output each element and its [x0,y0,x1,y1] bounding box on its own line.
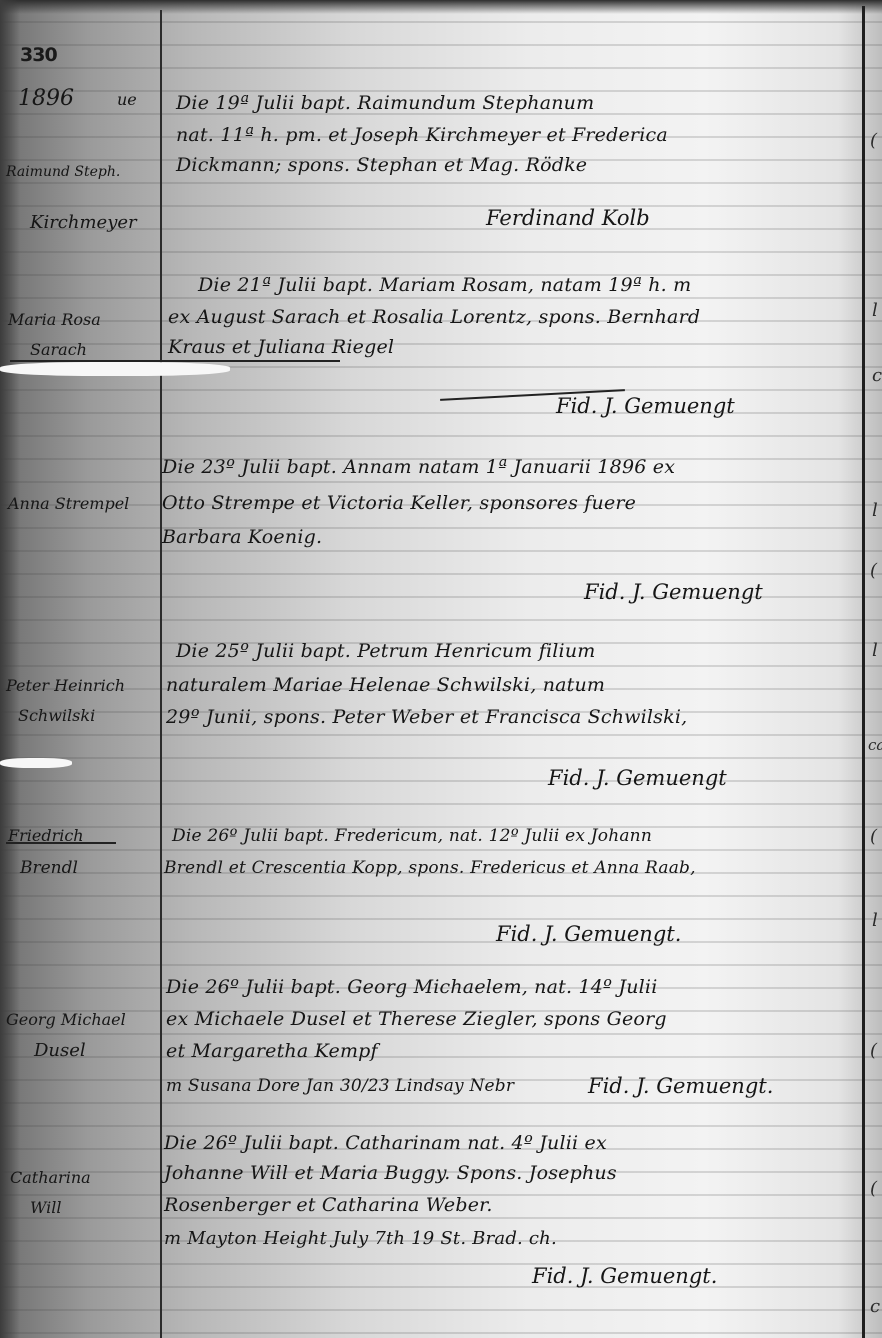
later-annotation: m Mayton Height July 7th 19 St. Brad. ch… [164,1228,557,1249]
edge-mark: ( [870,1040,877,1061]
margin-name: Will [30,1198,62,1217]
paper-tear [0,362,230,376]
priest-signature: Fid. J. Gemuengt [584,580,763,604]
edge-mark: ca [868,736,882,754]
entry-line: Dickmann; spons. Stephan et Mag. Rödke [176,154,587,176]
margin-name: Catharina [10,1168,91,1187]
margin-name: Schwilski [18,706,95,725]
margin-rule [160,10,162,1338]
priest-signature: Fid. J. Gemuengt [556,394,735,418]
entry-line: naturalem Mariae Helenae Schwilski, natu… [166,674,605,696]
scan-binding-shadow [0,0,20,1338]
margin-name: Georg Michael [6,1010,126,1029]
entry-line: Brendl et Crescentia Kopp, spons. Freder… [164,858,696,878]
entry-line: nat. 11ª h. pm. et Joseph Kirchmeyer et … [176,124,668,146]
margin-name: Sarach [30,340,87,359]
entry-line: Die 26º Julii bapt. Fredericum, nat. 12º… [172,826,652,846]
paper-tear [0,758,72,768]
edge-mark: ( [870,1178,877,1199]
entry-line: ex Michaele Dusel et Therese Ziegler, sp… [166,1008,667,1030]
entry-line: Otto Strempe et Victoria Keller, sponsor… [162,492,636,514]
entry-line: Die 19ª Julii bapt. Raimundum Stephanum [176,92,594,114]
margin-name: Brendl [20,858,78,878]
edge-mark: l [872,500,878,521]
margin-name: Raimund Steph. [6,164,120,180]
entry-line: Johanne Will et Maria Buggy. Spons. Jose… [164,1162,617,1184]
edge-mark: c [872,365,882,386]
entry-line: et Margaretha Kempf [166,1040,378,1062]
margin-name: Maria Rosa [8,310,101,329]
edge-mark: l [872,910,878,931]
register-year: 1896 ue [18,86,137,111]
entry-line: 29º Junii, spons. Peter Weber et Francis… [166,706,687,728]
page-number: 330 [20,44,57,66]
entry-line: Barbara Koenig. [162,526,322,548]
edge-mark: ( [870,560,877,581]
priest-signature: Fid. J. Gemuengt. [532,1264,717,1288]
year-suffix: ue [117,90,137,109]
year-value: 1896 [18,86,74,111]
right-rule [862,6,865,1338]
entry-line: Die 25º Julii bapt. Petrum Henricum fili… [176,640,595,662]
edge-mark: ( [870,826,877,847]
entry-line: Die 26º Julii bapt. Georg Michaelem, nat… [166,976,658,998]
priest-signature: Ferdinand Kolb [486,206,650,230]
edge-mark: c [870,1296,880,1317]
entry-line: Die 26º Julii bapt. Catharinam nat. 4º J… [164,1132,607,1154]
scan-top-shadow [0,0,882,14]
priest-signature: Fid. J. Gemuengt. [496,922,681,946]
entry-line: Die 23º Julii bapt. Annam natam 1ª Janua… [162,456,675,478]
entry-line: Die 21ª Julii bapt. Mariam Rosam, natam … [198,274,691,296]
entry-line: ex August Sarach et Rosalia Lorentz, spo… [168,306,700,328]
margin-name: Kirchmeyer [30,212,137,233]
priest-signature: Fid. J. Gemuengt [548,766,727,790]
priest-signature: Fid. J. Gemuengt. [588,1074,773,1098]
margin-name: Dusel [34,1040,86,1061]
edge-mark: l [872,300,878,321]
entry-line: Kraus et Juliana Riegel [168,336,394,358]
edge-mark: ( [870,130,877,151]
entry-line: Rosenberger et Catharina Weber. [164,1194,493,1216]
margin-name: Anna Strempel [8,494,129,513]
later-annotation: m Susana Dore Jan 30/23 Lindsay Nebr [166,1076,514,1096]
edge-mark: l [872,640,878,661]
margin-name: Peter Heinrich [6,676,125,695]
strike-line [6,842,116,844]
register-page: 330 1896 ue Raimund Steph. Kirchmeyer Di… [0,0,882,1338]
